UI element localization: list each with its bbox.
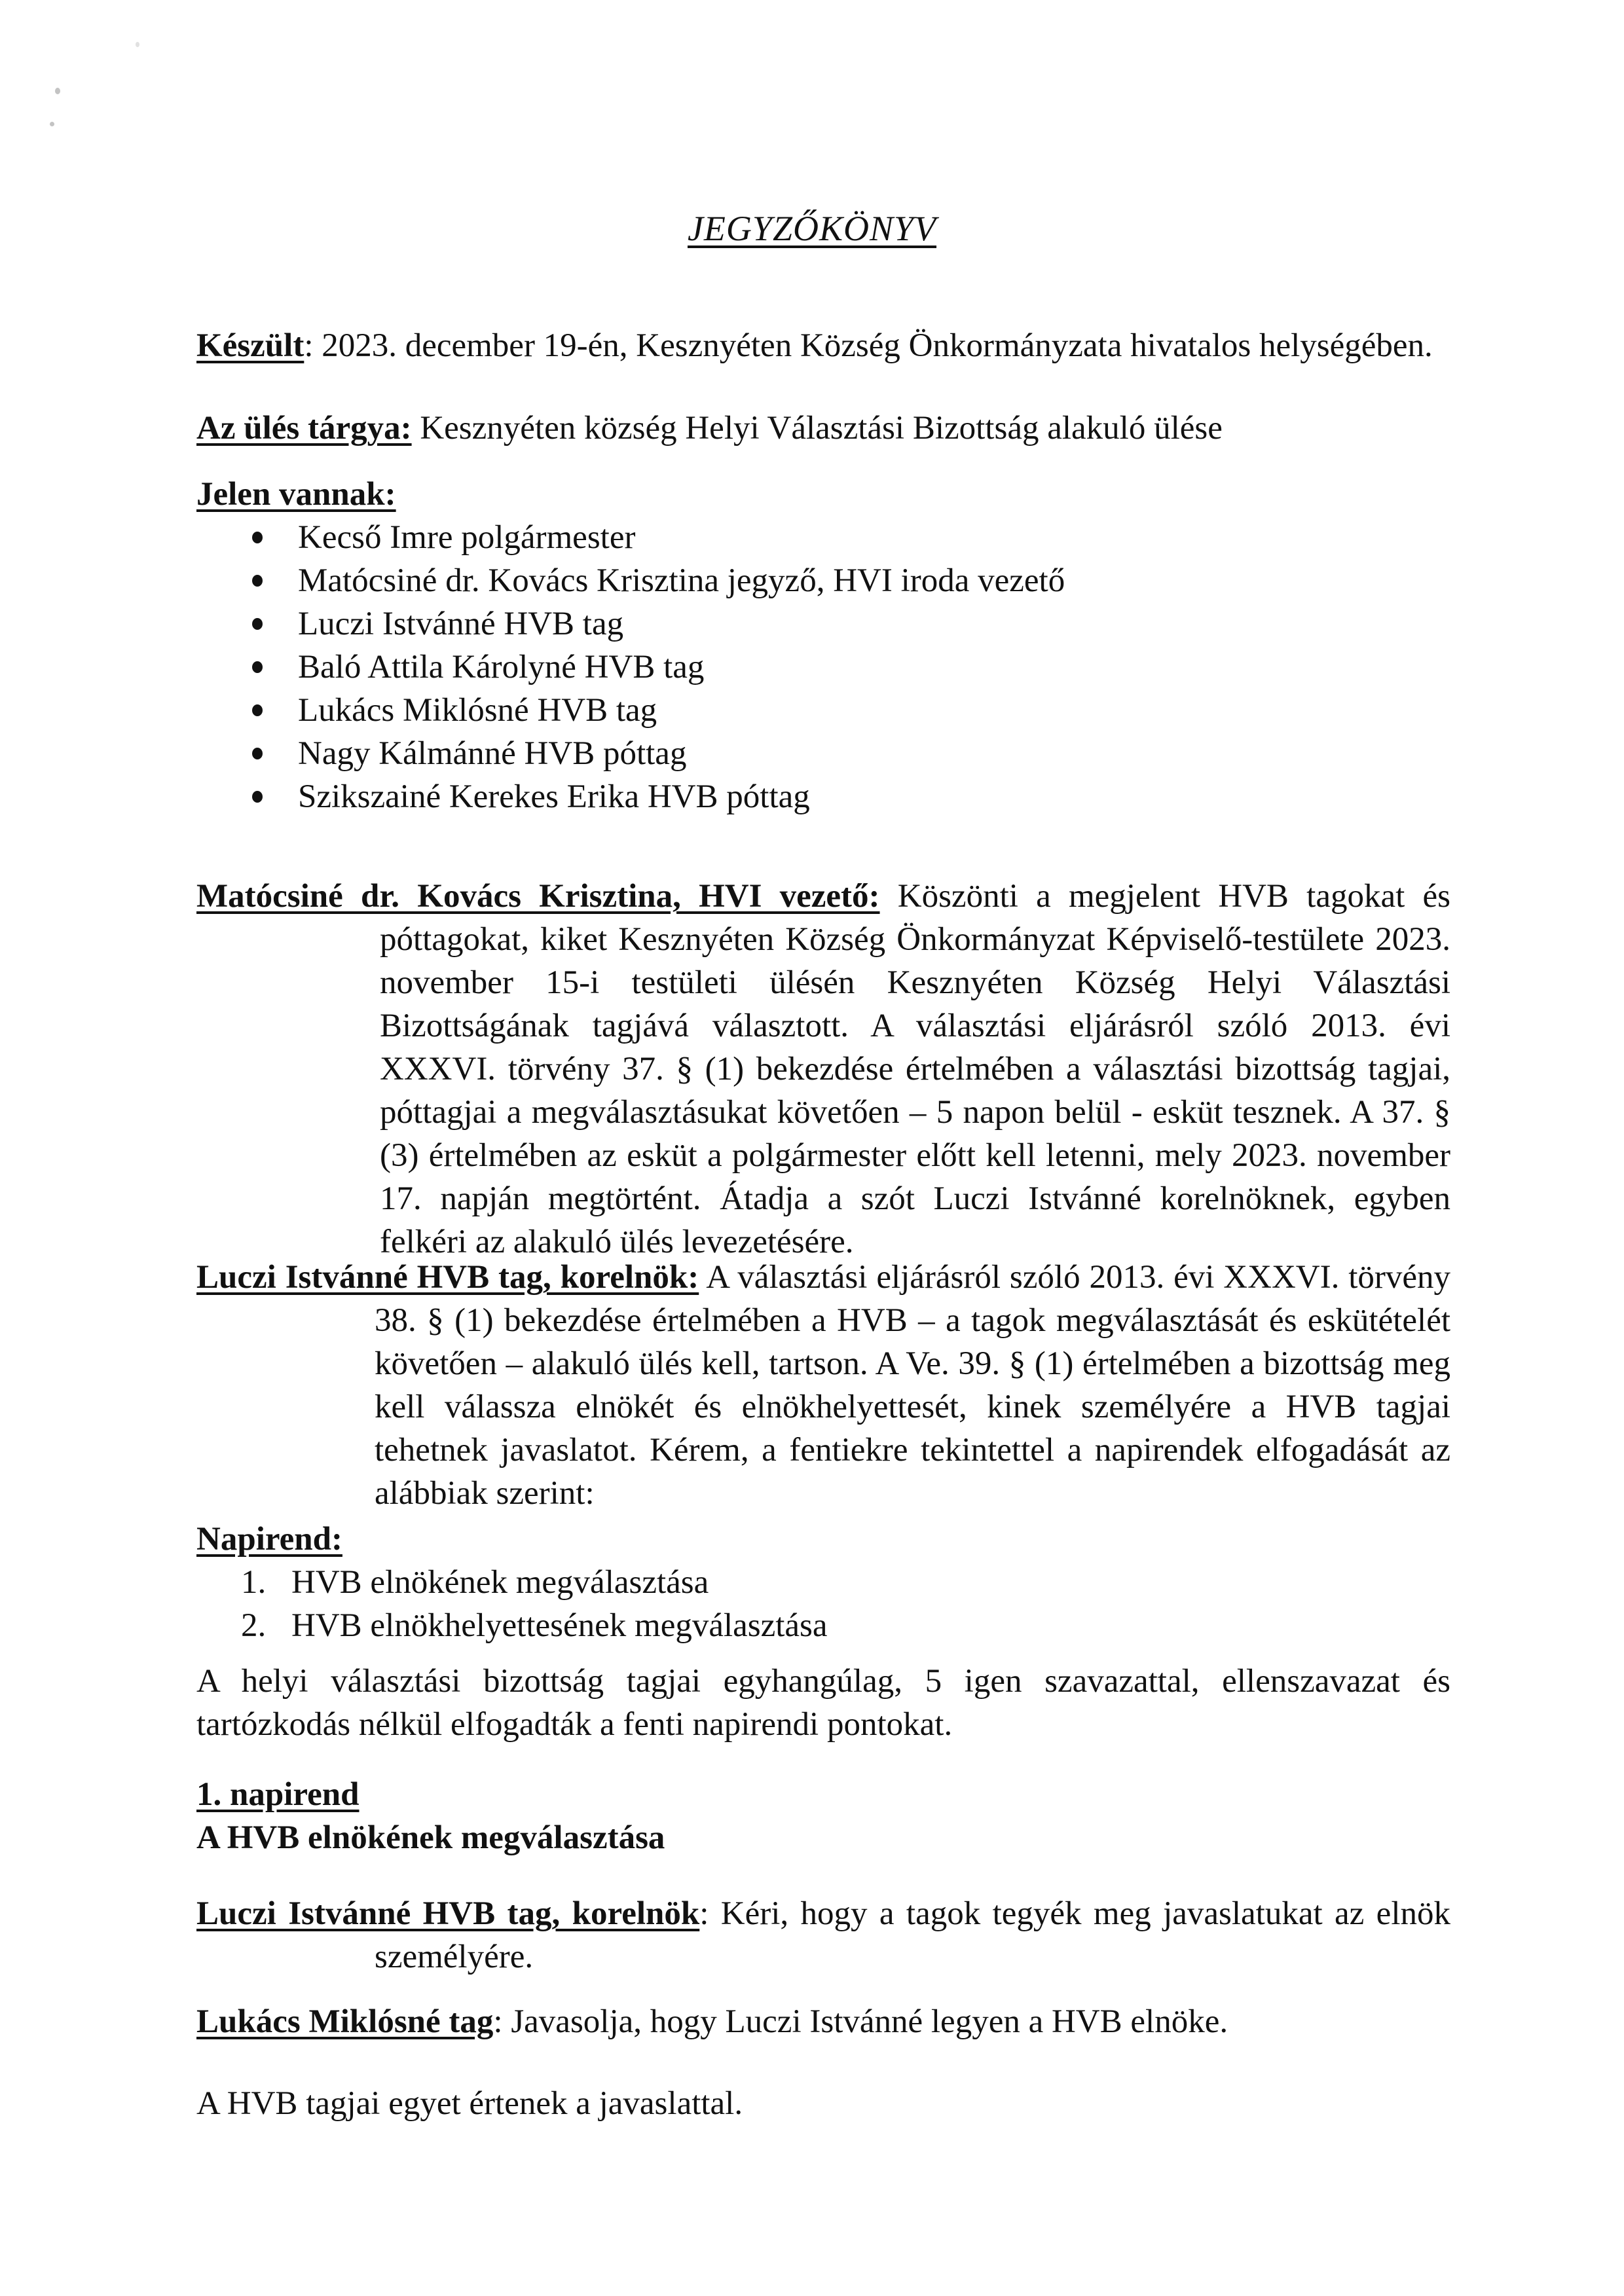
document-page: JEGYZŐKÖNYV Készült: 2023. december 19-é… [0,0,1624,2296]
made-text: : 2023. december 19-én, Kesznyéten Közsé… [304,327,1432,364]
bullet-icon [252,661,263,673]
attendee-name: Luczi Istvánné HVB tag [298,606,623,642]
attendee-name: Szikszainé Kerekes Erika HVB póttag [298,778,810,815]
bullet-icon [252,791,263,803]
made-label: Készült [196,327,304,364]
speaker-label: Matócsiné dr. Kovács Krisztina, HVI veze… [196,878,880,915]
agenda-section: Napirend: 1.HVB elnökének megválasztása … [196,1518,1450,1647]
bullet-icon [252,575,263,587]
speech-paragraph: Lukács Miklósné tag: Javasolja, hogy Luc… [196,2000,1450,2043]
speaker-label: Lukács Miklósné tag [196,2003,493,2040]
speech-paragraph: Matócsiné dr. Kovács Krisztina, HVI veze… [196,875,1450,1264]
bullet-icon [252,532,263,543]
made-line: Készült: 2023. december 19-én, Kesznyéte… [196,324,1450,367]
document-title: JEGYZŐKÖNYV [0,208,1624,249]
scan-speck [55,88,60,94]
bullet-icon [252,618,263,630]
attendees-heading: Jelen vannak: [196,473,396,516]
item-1-subheading: A HVB elnökének megválasztása [196,1816,1450,1859]
attendee-item: Luczi Istvánné HVB tag [196,602,1450,646]
agenda-item: 1.HVB elnökének megválasztása [196,1561,1450,1604]
item-1-heading: 1. napirend [196,1773,359,1816]
attendee-name: Nagy Kálmánné HVB póttag [298,735,686,772]
attendee-item: Kecső Imre polgármester [196,516,1450,559]
subject-text: Kesznyéten község Helyi Választási Bizot… [412,410,1223,446]
agenda-list: 1.HVB elnökének megválasztása 2.HVB elnö… [196,1561,1450,1647]
scan-speck [136,42,139,47]
attendee-name: Matócsiné dr. Kovács Krisztina jegyző, H… [298,562,1065,599]
scan-speck [50,122,54,126]
attendee-name: Kecső Imre polgármester [298,519,635,556]
item-1-section: 1. napirend A HVB elnökének megválasztás… [196,1773,1450,1859]
attendee-item: Lukács Miklósné HVB tag [196,689,1450,732]
agenda-text: HVB elnökhelyettesének megválasztása [291,1607,828,1644]
subject-label: Az ülés tárgya: [196,410,412,446]
attendee-item: Szikszainé Kerekes Erika HVB póttag [196,775,1450,818]
attendee-item: Baló Attila Károlyné HVB tag [196,646,1450,689]
attendee-item: Matócsiné dr. Kovács Krisztina jegyző, H… [196,559,1450,602]
speech-text: A választási eljárásról szóló 2013. évi … [375,1259,1450,1512]
speech-text: : Javasolja, hogy Luczi Istvánné legyen … [493,2003,1228,2040]
speech-paragraph: Luczi Istvánné HVB tag, korelnök: Kéri, … [196,1892,1450,1978]
agenda-item: 2.HVB elnökhelyettesének megválasztása [196,1604,1450,1647]
attendee-name: Baló Attila Károlyné HVB tag [298,649,704,685]
speech-text: Köszönti a megjelent HVB tagokat és pótt… [380,878,1450,1260]
attendees-section: Jelen vannak: Kecső Imre polgármester Ma… [196,473,1450,818]
agenda-number: 1. [241,1561,266,1604]
agenda-number: 2. [241,1604,266,1647]
attendee-name: Lukács Miklósné HVB tag [298,692,657,729]
agenda-heading: Napirend: [196,1518,342,1561]
attendees-list: Kecső Imre polgármester Matócsiné dr. Ko… [196,516,1450,818]
vote-result: A helyi választási bizottság tagjai egyh… [196,1660,1450,1746]
subject-line: Az ülés tárgya: Kesznyéten község Helyi … [196,407,1450,450]
agenda-text: HVB elnökének megválasztása [291,1564,709,1601]
attendee-item: Nagy Kálmánné HVB póttag [196,732,1450,775]
speaker-label: Luczi Istvánné HVB tag, korelnök [196,1895,699,1932]
agreement-line: A HVB tagjai egyet értenek a javaslattal… [196,2082,1450,2125]
speaker-label: Luczi Istvánné HVB tag, korelnök: [196,1259,699,1296]
bullet-icon [252,748,263,759]
speech-paragraph: Luczi Istvánné HVB tag, korelnök: A vála… [196,1256,1450,1515]
bullet-icon [252,704,263,716]
